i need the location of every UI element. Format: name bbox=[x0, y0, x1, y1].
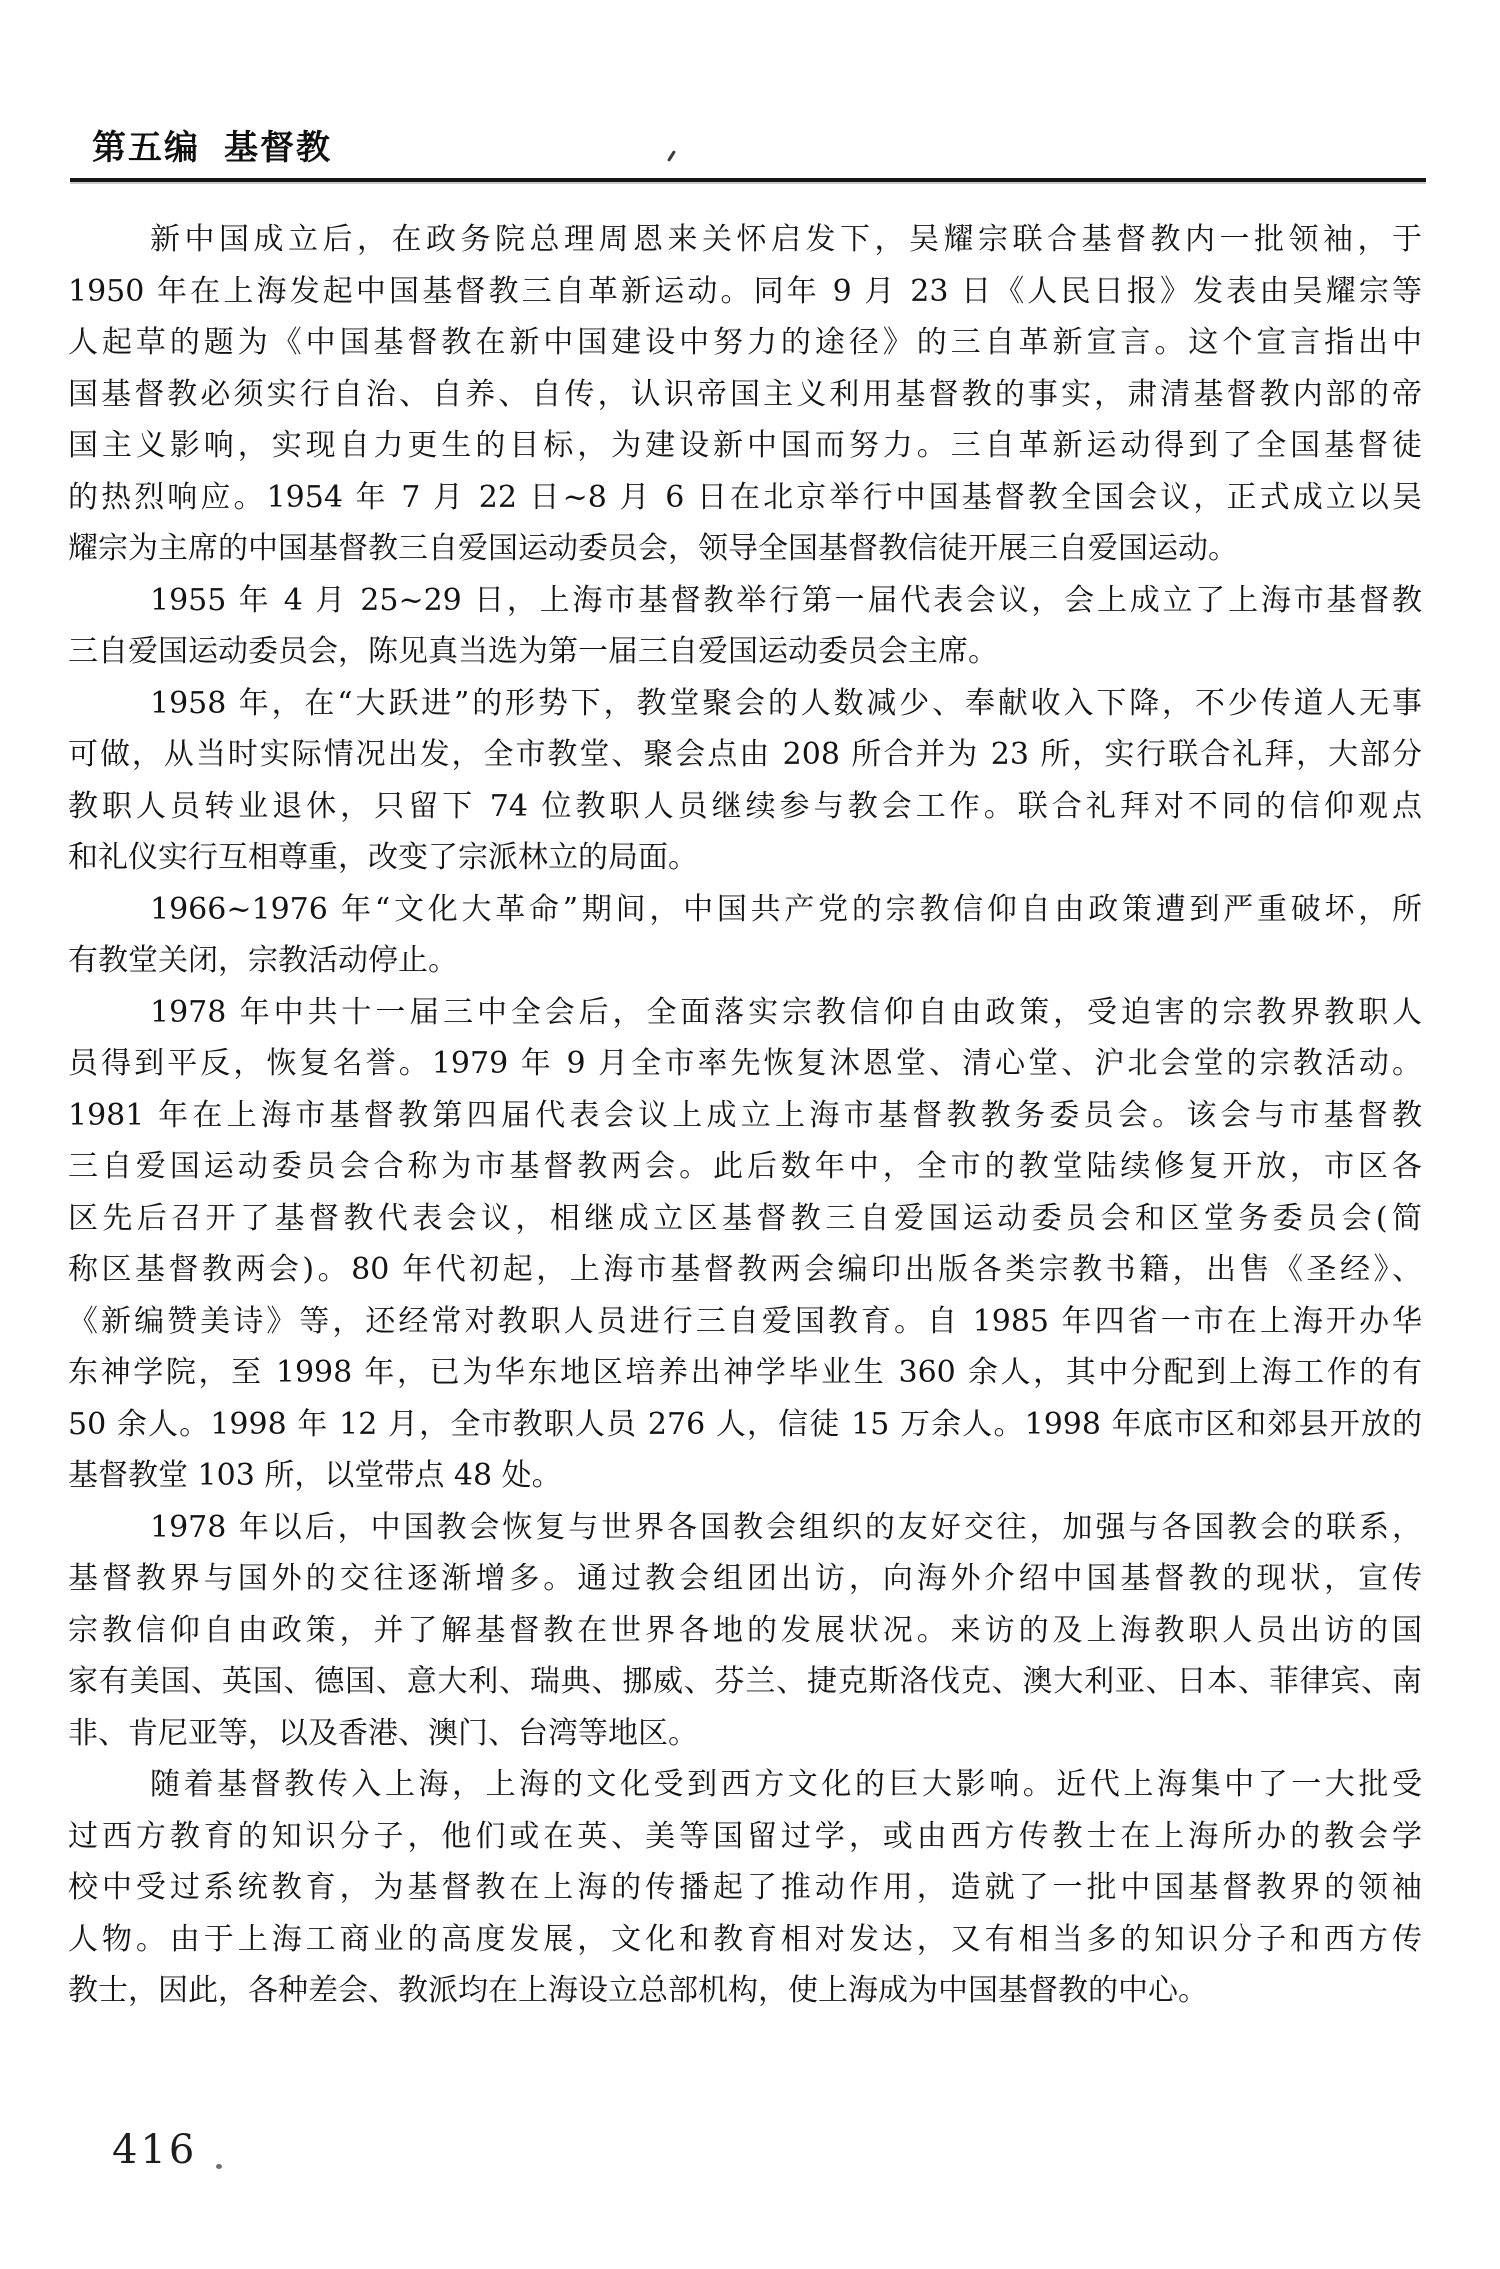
text-line: 人起草的题为《中国基督教在新中国建设中努力的途径》的三自革新宣言。这个宣言指出中 bbox=[68, 317, 1422, 369]
text-line: 1978 年中共十一届三中全会后，全面落实宗教信仰自由政策，受迫害的宗教界教职人 bbox=[68, 987, 1422, 1039]
text-line: 三自爱国运动委员会合称为市基督教两会。此后数年中，全市的教堂陆续修复开放，市区各 bbox=[68, 1141, 1422, 1193]
text-line: 1981 年在上海市基督教第四届代表会议上成立上海市基督教教务委员会。该会与市基… bbox=[68, 1090, 1422, 1142]
text-line: 教职人员转业退休，只留下 74 位教职人员继续参与教会工作。联合礼拜对不同的信仰… bbox=[68, 781, 1422, 833]
text-line: 国主义影响，实现自力更生的目标，为建设新中国而努力。三自革新运动得到了全国基督徒 bbox=[68, 420, 1422, 472]
scan-artifact bbox=[216, 2164, 222, 2169]
text-line: 三自爱国运动委员会，陈见真当选为第一届三自爱国运动委员会主席。 bbox=[68, 626, 1422, 678]
page-number: 416 bbox=[112, 2126, 197, 2174]
text-line: 教士，因此，各种差会、教派均在上海设立总部机构，使上海成为中国基督教的中心。 bbox=[68, 1965, 1422, 2017]
text-line: 1958 年，在“大跃进”的形势下，教堂聚会的人数减少、奉献收入下降，不少传道人… bbox=[68, 678, 1422, 730]
text-line: 1955 年 4 月 25~29 日，上海市基督教举行第一届代表会议，会上成立了… bbox=[68, 575, 1422, 627]
text-line: 耀宗为主席的中国基督教三自爱国运动委员会，领导全国基督教信徒开展三自爱国运动。 bbox=[68, 523, 1422, 575]
text-line: 基督教堂 103 所，以堂带点 48 处。 bbox=[68, 1450, 1422, 1502]
chapter-header: 第五编基督教 bbox=[92, 128, 332, 168]
text-line: 有教堂关闭，宗教活动停止。 bbox=[68, 935, 1422, 987]
chapter-title: 基督教 bbox=[224, 128, 332, 168]
scan-artifact bbox=[667, 150, 676, 162]
text-line: 国基督教必须实行自治、自养、自传，认识帝国主义利用基督教的事实，肃清基督教内部的… bbox=[68, 369, 1422, 421]
text-line: 基督教界与国外的交往逐渐增多。通过教会组团出访，向海外介绍中国基督教的现状，宣传 bbox=[68, 1553, 1422, 1605]
text-line: 校中受过系统教育，为基督教在上海的传播起了推动作用，造就了一批中国基督教界的领袖 bbox=[68, 1862, 1422, 1914]
text-line: 1950 年在上海发起中国基督教三自革新运动。同年 9 月 23 日《人民日报》… bbox=[68, 266, 1422, 318]
text-line: 家有美国、英国、德国、意大利、瑞典、挪威、芬兰、捷克斯洛伐克、澳大利亚、日本、菲… bbox=[68, 1656, 1422, 1708]
text-line: 宗教信仰自由政策，并了解基督教在世界各地的发展状况。来访的及上海教职人员出访的国 bbox=[68, 1605, 1422, 1657]
text-line: 人物。由于上海工商业的高度发展，文化和教育相对发达，又有相当多的知识分子和西方传 bbox=[68, 1914, 1422, 1966]
text-line: 随着基督教传入上海，上海的文化受到西方文化的巨大影响。近代上海集中了一大批受 bbox=[68, 1759, 1422, 1811]
scanned-book-page: 第五编基督教 新中国成立后，在政务院总理周恩来关怀启发下，吴耀宗联合基督教内一批… bbox=[0, 0, 1500, 2269]
text-line: 称区基督教两会)。80 年代初起，上海市基督教两会编印出版各类宗教书籍，出售《圣… bbox=[68, 1244, 1422, 1296]
text-line: 可做，从当时实际情况出发，全市教堂、聚会点由 208 所合并为 23 所，实行联… bbox=[68, 729, 1422, 781]
text-line: 东神学院，至 1998 年，已为华东地区培养出神学毕业生 360 余人，其中分配… bbox=[68, 1347, 1422, 1399]
body-text: 新中国成立后，在政务院总理周恩来关怀启发下，吴耀宗联合基督教内一批领袖，于195… bbox=[68, 214, 1422, 2017]
text-line: 50 余人。1998 年 12 月，全市教职人员 276 人，信徒 15 万余人… bbox=[68, 1399, 1422, 1451]
header-rule-divider bbox=[70, 178, 1426, 182]
text-line: 过西方教育的知识分子，他们或在英、美等国留过学，或由西方传教士在上海所办的教会学 bbox=[68, 1811, 1422, 1863]
text-line: 《新编赞美诗》等，还经常对教职人员进行三自爱国教育。自 1985 年四省一市在上… bbox=[68, 1296, 1422, 1348]
text-line: 1978 年以后，中国教会恢复与世界各国教会组织的友好交往，加强与各国教会的联系… bbox=[68, 1502, 1422, 1554]
text-line: 员得到平反，恢复名誉。1979 年 9 月全市率先恢复沐恩堂、清心堂、沪北会堂的… bbox=[68, 1038, 1422, 1090]
text-line: 区先后召开了基督教代表会议，相继成立区基督教三自爱国运动委员会和区堂务委员会(简 bbox=[68, 1193, 1422, 1245]
text-line: 和礼仪实行互相尊重，改变了宗派林立的局面。 bbox=[68, 832, 1422, 884]
text-line: 新中国成立后，在政务院总理周恩来关怀启发下，吴耀宗联合基督教内一批领袖，于 bbox=[68, 214, 1422, 266]
text-line: 的热烈响应。1954 年 7 月 22 日~8 月 6 日在北京举行中国基督教全… bbox=[68, 472, 1422, 524]
text-line: 非、肯尼亚等，以及香港、澳门、台湾等地区。 bbox=[68, 1708, 1422, 1760]
text-line: 1966~1976 年“文化大革命”期间，中国共产党的宗教信仰自由政策遭到严重破… bbox=[68, 884, 1422, 936]
chapter-section-label: 第五编 bbox=[92, 128, 200, 168]
